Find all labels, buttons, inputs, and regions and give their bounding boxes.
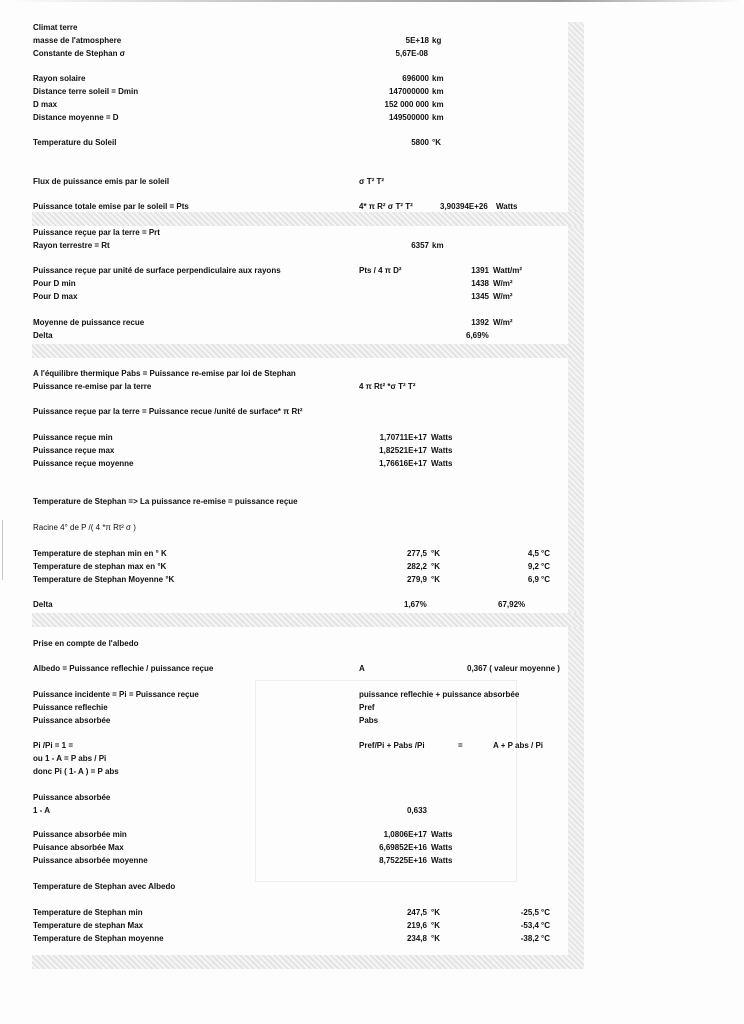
- stephan-temp-kelvin-value: 279,9: [407, 574, 427, 586]
- surf-dmin-label: Pour D min: [33, 278, 76, 290]
- stephan-temp-celsius-unit: °C: [541, 561, 550, 573]
- surf-dmax-row: Pour D max 1345 W/m²: [0, 291, 744, 303]
- eq1-label: Pi /Pi = 1 =: [33, 740, 73, 752]
- recue-max-unit: Watts: [431, 445, 452, 457]
- dmoy-label: Distance moyenne = D: [33, 112, 119, 124]
- sigma-row: Constante de Stephan σ 5,67E-08: [0, 48, 744, 60]
- albedo-temp-label: Temperature de Stephan moyenne: [33, 933, 164, 945]
- eq1-mid: Pref/Pi + Pabs /Pi: [359, 740, 425, 752]
- abs-title: Puissance absorbée: [33, 792, 110, 804]
- recue-moy-unit: Watts: [431, 458, 452, 470]
- racine-formula: Racine 4° de P /( 4 *π Rt² σ ): [33, 522, 136, 534]
- albedo-value: 0,367 ( valeur moyenne ): [467, 663, 560, 675]
- albedo-temp-celsius-unit: °C: [541, 907, 550, 919]
- surf-value: 1391: [471, 265, 489, 277]
- albedo-temp-celsius-unit: °C: [541, 933, 550, 945]
- reemise-formula: 4 π Rt² *σ T² T²: [359, 381, 415, 393]
- dmax-row: D max 152 000 000 km: [0, 99, 744, 111]
- albedo-title-row: Prise en compte de l'albedo: [0, 638, 744, 650]
- albedo-temp-kelvin-value: 219,6: [407, 920, 427, 932]
- abs-min-row: Puissance absorbée min 1,0806E+17 Watts: [0, 829, 744, 841]
- abs-max-label: Puisance absorbée Max: [33, 842, 124, 854]
- pts-formula: 4* π R² σ T² T²: [359, 201, 413, 213]
- shaded-row-band: [32, 344, 584, 358]
- prt-label: Puissance reçue par la terre = Prt: [33, 227, 160, 239]
- dmoy-row: Distance moyenne = D 149500000 km: [0, 112, 744, 124]
- recue-max-value: 1,82521E+17: [379, 445, 427, 457]
- surf-moy-label: Moyenne de puissance recue: [33, 317, 144, 329]
- shaded-row-band: [32, 955, 584, 969]
- shaded-column-border: [568, 22, 584, 968]
- abs-moy-value: 8,75225E+16: [379, 855, 427, 867]
- albedo-temp-kelvin-unit: °K: [431, 933, 440, 945]
- tsoleil-value: 5800: [411, 137, 429, 149]
- albedo-temp-kelvin-unit: °K: [431, 907, 440, 919]
- surf-formula: Pts / 4 π D²: [359, 265, 402, 277]
- abs-max-row: Puisance absorbée Max 6,69852E+16 Watts: [0, 842, 744, 854]
- one-minus-a-row: 1 - A 0,633: [0, 805, 744, 817]
- recue-formula-row: Puissance reçue par la terre = Puissance…: [0, 406, 744, 418]
- flux-label: Flux de puissance emis par le soleil: [33, 176, 169, 188]
- surf-delta-value: 6,69%: [466, 330, 489, 342]
- pabs-label: Puissance absorbée: [33, 715, 110, 727]
- pi-row: Puissance incidente = Pi = Puissance reç…: [0, 689, 744, 701]
- doc-title: Climat terre: [33, 22, 77, 34]
- reemise-row: Puissance re-emise par la terre 4 π Rt² …: [0, 381, 744, 393]
- surf-dmin-value: 1438: [471, 278, 489, 290]
- recue-min-unit: Watts: [431, 432, 452, 444]
- albedo-temp-celsius-value: -53,4: [521, 920, 539, 932]
- abs-min-unit: Watts: [431, 829, 452, 841]
- stephan-temp-celsius-value: 6,9: [528, 574, 539, 586]
- stephan-title-row: Temperature de Stephan => La puissance r…: [0, 496, 744, 508]
- pabs-row: Puissance absorbée Pabs: [0, 715, 744, 727]
- rayon-solaire-row: Rayon solaire 696000 km: [0, 73, 744, 85]
- surf-dmin-unit: W/m²: [493, 278, 513, 290]
- rayon-solaire-value: 696000: [402, 73, 429, 85]
- masse-row: masse de l'atmosphere 5E+18 kg: [0, 35, 744, 47]
- shaded-row-band: [32, 613, 584, 627]
- albedo-def-label: Albedo = Puissance reflechie / puissance…: [33, 663, 213, 675]
- flux-row: Flux de puissance emis par le soleil σ T…: [0, 176, 744, 188]
- tsoleil-row: Temperature du Soleil 5800 °K: [0, 137, 744, 149]
- stephan-temp-kelvin-value: 277,5: [407, 548, 427, 560]
- surf-dmax-unit: W/m²: [493, 291, 513, 303]
- recue-moy-label: Puissance reçue moyenne: [33, 458, 134, 470]
- pref-symbol: Pref: [359, 702, 375, 714]
- stephan-temp-label: Temperature de Stephan Moyenne °K: [33, 574, 174, 586]
- surf-dmax-value: 1345: [471, 291, 489, 303]
- eq1-equals: =: [458, 740, 463, 752]
- pref-row: Puissance reflechie Pref: [0, 702, 744, 714]
- dmin-label: Distance terre soleil = Dmin: [33, 86, 138, 98]
- albedo-temp-kelvin-value: 234,8: [407, 933, 427, 945]
- surf-moy-value: 1392: [471, 317, 489, 329]
- pts-label: Puissance totale emise par le soleil = P…: [33, 201, 189, 213]
- rt-label: Rayon terrestre = Rt: [33, 240, 110, 252]
- stephan-temp-celsius-unit: °C: [541, 548, 550, 560]
- stephan-temp-label: Temperature de stephan max en °K: [33, 561, 166, 573]
- albedo-temp-row: Temperature de Stephan min247,5°K-25,5°C: [0, 907, 744, 919]
- stephan-delta-c: 67,92%: [498, 599, 525, 611]
- albedo-def-row: Albedo = Puissance reflechie / puissance…: [0, 663, 744, 675]
- abs-moy-unit: Watts: [431, 855, 452, 867]
- surf-dmax-label: Pour D max: [33, 291, 77, 303]
- one-minus-a-value: 0,633: [407, 805, 427, 817]
- eq1-right: A + P abs / Pi: [493, 740, 543, 752]
- abs-title-row: Puissance absorbée: [0, 792, 744, 804]
- abs-min-value: 1,0806E+17: [384, 829, 427, 841]
- surf-moy-row: Moyenne de puissance recue 1392 W/m²: [0, 317, 744, 329]
- dmax-value: 152 000 000: [385, 99, 430, 111]
- pi-label: Puissance incidente = Pi = Puissance reç…: [33, 689, 199, 701]
- scan-top-edge: [0, 0, 744, 2]
- eq-label: A l'équilibre thermique Pabs = Puissance…: [33, 368, 296, 380]
- pi-formula: puissance reflechie + puissance absorbée: [359, 689, 519, 701]
- recue-min-value: 1,70711E+17: [380, 432, 427, 444]
- eq1-row: Pi /Pi = 1 = Pref/Pi + Pabs /Pi = A + P …: [0, 740, 744, 752]
- abs-max-unit: Watts: [431, 842, 452, 854]
- recue-max-label: Puissance reçue max: [33, 445, 114, 457]
- albedo-temp-label: Temperature de Stephan min: [33, 907, 143, 919]
- rayon-solaire-unit: km: [432, 73, 444, 85]
- albedo-symbol: A: [359, 663, 365, 675]
- eq3-row: donc Pi ( 1- A ) = P abs: [0, 766, 744, 778]
- rt-unit: km: [432, 240, 444, 252]
- stephan-temp-row: Temperature de stephan min en ° K277,5°K…: [0, 548, 744, 560]
- pts-row: Puissance totale emise par le soleil = P…: [0, 201, 744, 213]
- albedo-temp-celsius-value: -25,5: [521, 907, 539, 919]
- dmin-value: 147000000: [389, 86, 429, 98]
- dmin-row: Distance terre soleil = Dmin 147000000 k…: [0, 86, 744, 98]
- recue-min-row: Puissance reçue min 1,70711E+17 Watts: [0, 432, 744, 444]
- dmoy-unit: km: [432, 112, 444, 124]
- albedo-temp-celsius-value: -38,2: [521, 933, 539, 945]
- stephan-temp-row: Temperature de Stephan Moyenne °K279,9°K…: [0, 574, 744, 586]
- stephan-delta-label: Delta: [33, 599, 53, 611]
- tsoleil-label: Temperature du Soleil: [33, 137, 116, 149]
- prt-row: Puissance reçue par la terre = Prt: [0, 227, 744, 239]
- albedo-temp-celsius-unit: °C: [541, 920, 550, 932]
- eq2-label: ou 1 - A = P abs / Pi: [33, 753, 106, 765]
- eq3-label: donc Pi ( 1- A ) = P abs: [33, 766, 119, 778]
- recue-formula-label: Puissance reçue par la terre = Puissance…: [33, 406, 303, 418]
- stephan-title: Temperature de Stephan => La puissance r…: [33, 496, 298, 508]
- abs-moy-row: Puissance absorbée moyenne 8,75225E+16 W…: [0, 855, 744, 867]
- eq2-row: ou 1 - A = P abs / Pi: [0, 753, 744, 765]
- reemise-label: Puissance re-emise par la terre: [33, 381, 151, 393]
- recue-max-row: Puissance reçue max 1,82521E+17 Watts: [0, 445, 744, 457]
- eq-row: A l'équilibre thermique Pabs = Puissance…: [0, 368, 744, 380]
- albedo-temp-kelvin-unit: °K: [431, 920, 440, 932]
- sigma-value: 5,67E-08: [396, 48, 428, 60]
- dmax-unit: km: [432, 99, 444, 111]
- abs-moy-label: Puissance absorbée moyenne: [33, 855, 148, 867]
- albedo-title: Prise en compte de l'albedo: [33, 638, 139, 650]
- stephan-temp-kelvin-value: 282,2: [407, 561, 427, 573]
- recue-moy-row: Puissance reçue moyenne 1,76616E+17 Watt…: [0, 458, 744, 470]
- sigma-label: Constante de Stephan σ: [33, 48, 125, 60]
- dmax-label: D max: [33, 99, 57, 111]
- albedo-temp-label: Temperature de stephan Max: [33, 920, 143, 932]
- stephan-temp-celsius-value: 4,5: [528, 548, 539, 560]
- shaded-row-band: [32, 212, 584, 226]
- abs-max-value: 6,69852E+16: [379, 842, 427, 854]
- albedo-temp-kelvin-value: 247,5: [407, 907, 427, 919]
- stephan-delta-row: Delta 1,67% 67,92%: [0, 599, 744, 611]
- pref-label: Puissance reflechie: [33, 702, 108, 714]
- albedo-temp-row: Temperature de Stephan moyenne234,8°K-38…: [0, 933, 744, 945]
- dmoy-value: 149500000: [389, 112, 429, 124]
- dmin-unit: km: [432, 86, 444, 98]
- surf-delta-label: Delta: [33, 330, 53, 342]
- surf-unit: Watt/m²: [493, 265, 522, 277]
- recue-min-label: Puissance reçue min: [33, 432, 113, 444]
- pts-unit: Watts: [496, 201, 517, 213]
- albedo-temp-title: Temperature de Stephan avec Albedo: [33, 881, 175, 893]
- rt-value: 6357: [411, 240, 429, 252]
- stephan-temp-row: Temperature de stephan max en °K282,2°K9…: [0, 561, 744, 573]
- pts-value: 3,90394E+26: [440, 201, 488, 213]
- masse-unit: kg: [432, 35, 441, 47]
- stephan-temp-celsius-unit: °C: [541, 574, 550, 586]
- stephan-temp-kelvin-unit: °K: [431, 548, 440, 560]
- abs-min-label: Puissance absorbée min: [33, 829, 127, 841]
- masse-value: 5E+18: [406, 35, 429, 47]
- one-minus-a-label: 1 - A: [33, 805, 50, 817]
- surf-delta-row: Delta 6,69%: [0, 330, 744, 342]
- tsoleil-unit: °K: [432, 137, 441, 149]
- stephan-temp-label: Temperature de stephan min en ° K: [33, 548, 167, 560]
- surf-row: Puissance reçue par unité de surface per…: [0, 265, 744, 277]
- surf-label: Puissance reçue par unité de surface per…: [33, 265, 281, 277]
- stephan-delta-k: 1,67%: [404, 599, 427, 611]
- stephan-temp-celsius-value: 9,2: [528, 561, 539, 573]
- flux-formula: σ T² T²: [359, 176, 384, 188]
- recue-moy-value: 1,76616E+17: [379, 458, 427, 470]
- racine-row: Racine 4° de P /( 4 *π Rt² σ ): [0, 522, 744, 534]
- albedo-temp-row: Temperature de stephan Max219,6°K-53,4°C: [0, 920, 744, 932]
- albedo-temp-title-row: Temperature de Stephan avec Albedo: [0, 881, 744, 893]
- stephan-temp-kelvin-unit: °K: [431, 574, 440, 586]
- pabs-symbol: Pabs: [359, 715, 378, 727]
- rt-row: Rayon terrestre = Rt 6357 km: [0, 240, 744, 252]
- doc-title-row: Climat terre: [0, 22, 744, 34]
- surf-moy-unit: W/m²: [493, 317, 513, 329]
- rayon-solaire-label: Rayon solaire: [33, 73, 85, 85]
- surf-dmin-row: Pour D min 1438 W/m²: [0, 278, 744, 290]
- stephan-temp-kelvin-unit: °K: [431, 561, 440, 573]
- masse-label: masse de l'atmosphere: [33, 35, 121, 47]
